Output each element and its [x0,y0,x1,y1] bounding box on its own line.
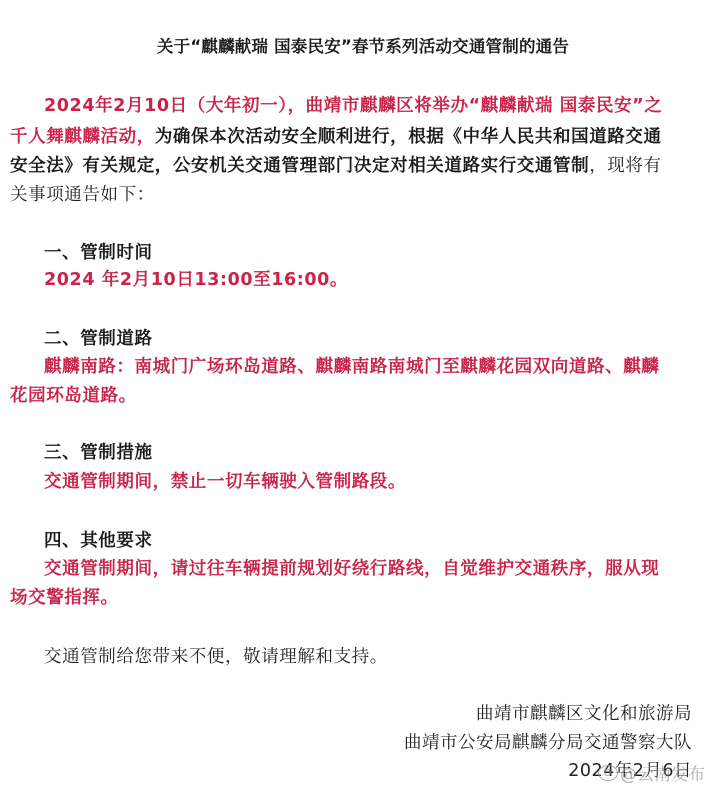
weibo-watermark: @云南发布 [598,760,705,785]
section-2-heading: 二、管制道路 [44,327,153,351]
closing-remark: 交通管制给您带来不便，敬请理解和支持。 [44,645,388,669]
intro-line-2: 千人舞麒麟活动，为确保本次活动安全顺利进行，根据《中华人民共和国道路交通 [10,125,662,149]
intro-legal-basis: 安全法》有关规定，公安机关交通管理部门决定对相关道路实行交通管制 [10,156,589,176]
section-4-content-line-2: 场交警指挥。 [10,586,119,610]
section-4-content-line-1: 交通管制期间，请过往车辆提前规划好绕行路线，自觉维护交通秩序，服从现 [44,557,659,581]
watermark-text: @云南发布 [620,760,705,785]
section-1-heading: 一、管制时间 [44,241,153,265]
intro-line-4: 关事项通告如下： [10,183,155,207]
section-2-content-line-2: 花园环岛道路。 [10,384,137,408]
intro-line-3: 安全法》有关规定，公安机关交通管理部门决定对相关道路实行交通管制，现将有 [10,154,662,178]
section-2-content-line-1: 麒麟南路：南城门广场环岛道路、麒麟南路南城门至麒麟花园双向道路、麒麟 [44,355,659,379]
section-1-content: 2024 年2月10日13:00至16:00。 [44,268,348,292]
weibo-icon [598,765,618,781]
section-3-heading: 三、管制措施 [44,441,153,465]
notice-document: 关于“麒麟献瑞 国泰民安”春节系列活动交通管制的通告 2024年2月10日（大年… [0,0,726,796]
section-3-content: 交通管制期间，禁止一切车辆驶入管制路段。 [44,470,406,494]
signature-org-1: 曲靖市麒麟区文化和旅游局 [476,702,692,726]
intro-line-1: 2024年2月10日（大年初一），曲靖市麒麟区将举办“麒麟献瑞 国泰民安”之 [44,94,662,118]
intro-line-3-tail: ，现将有 [589,156,661,176]
section-4-heading: 四、其他要求 [44,529,153,553]
intro-event-name: 千人舞麒麟活动， [10,127,155,147]
notice-title: 关于“麒麟献瑞 国泰民安”春节系列活动交通管制的通告 [0,33,726,57]
intro-purpose: 为确保本次活动安全顺利进行，根据《中华人民共和国道路交通 [155,127,662,147]
signature-org-2: 曲靖市公安局麒麟分局交通警察大队 [404,731,692,755]
